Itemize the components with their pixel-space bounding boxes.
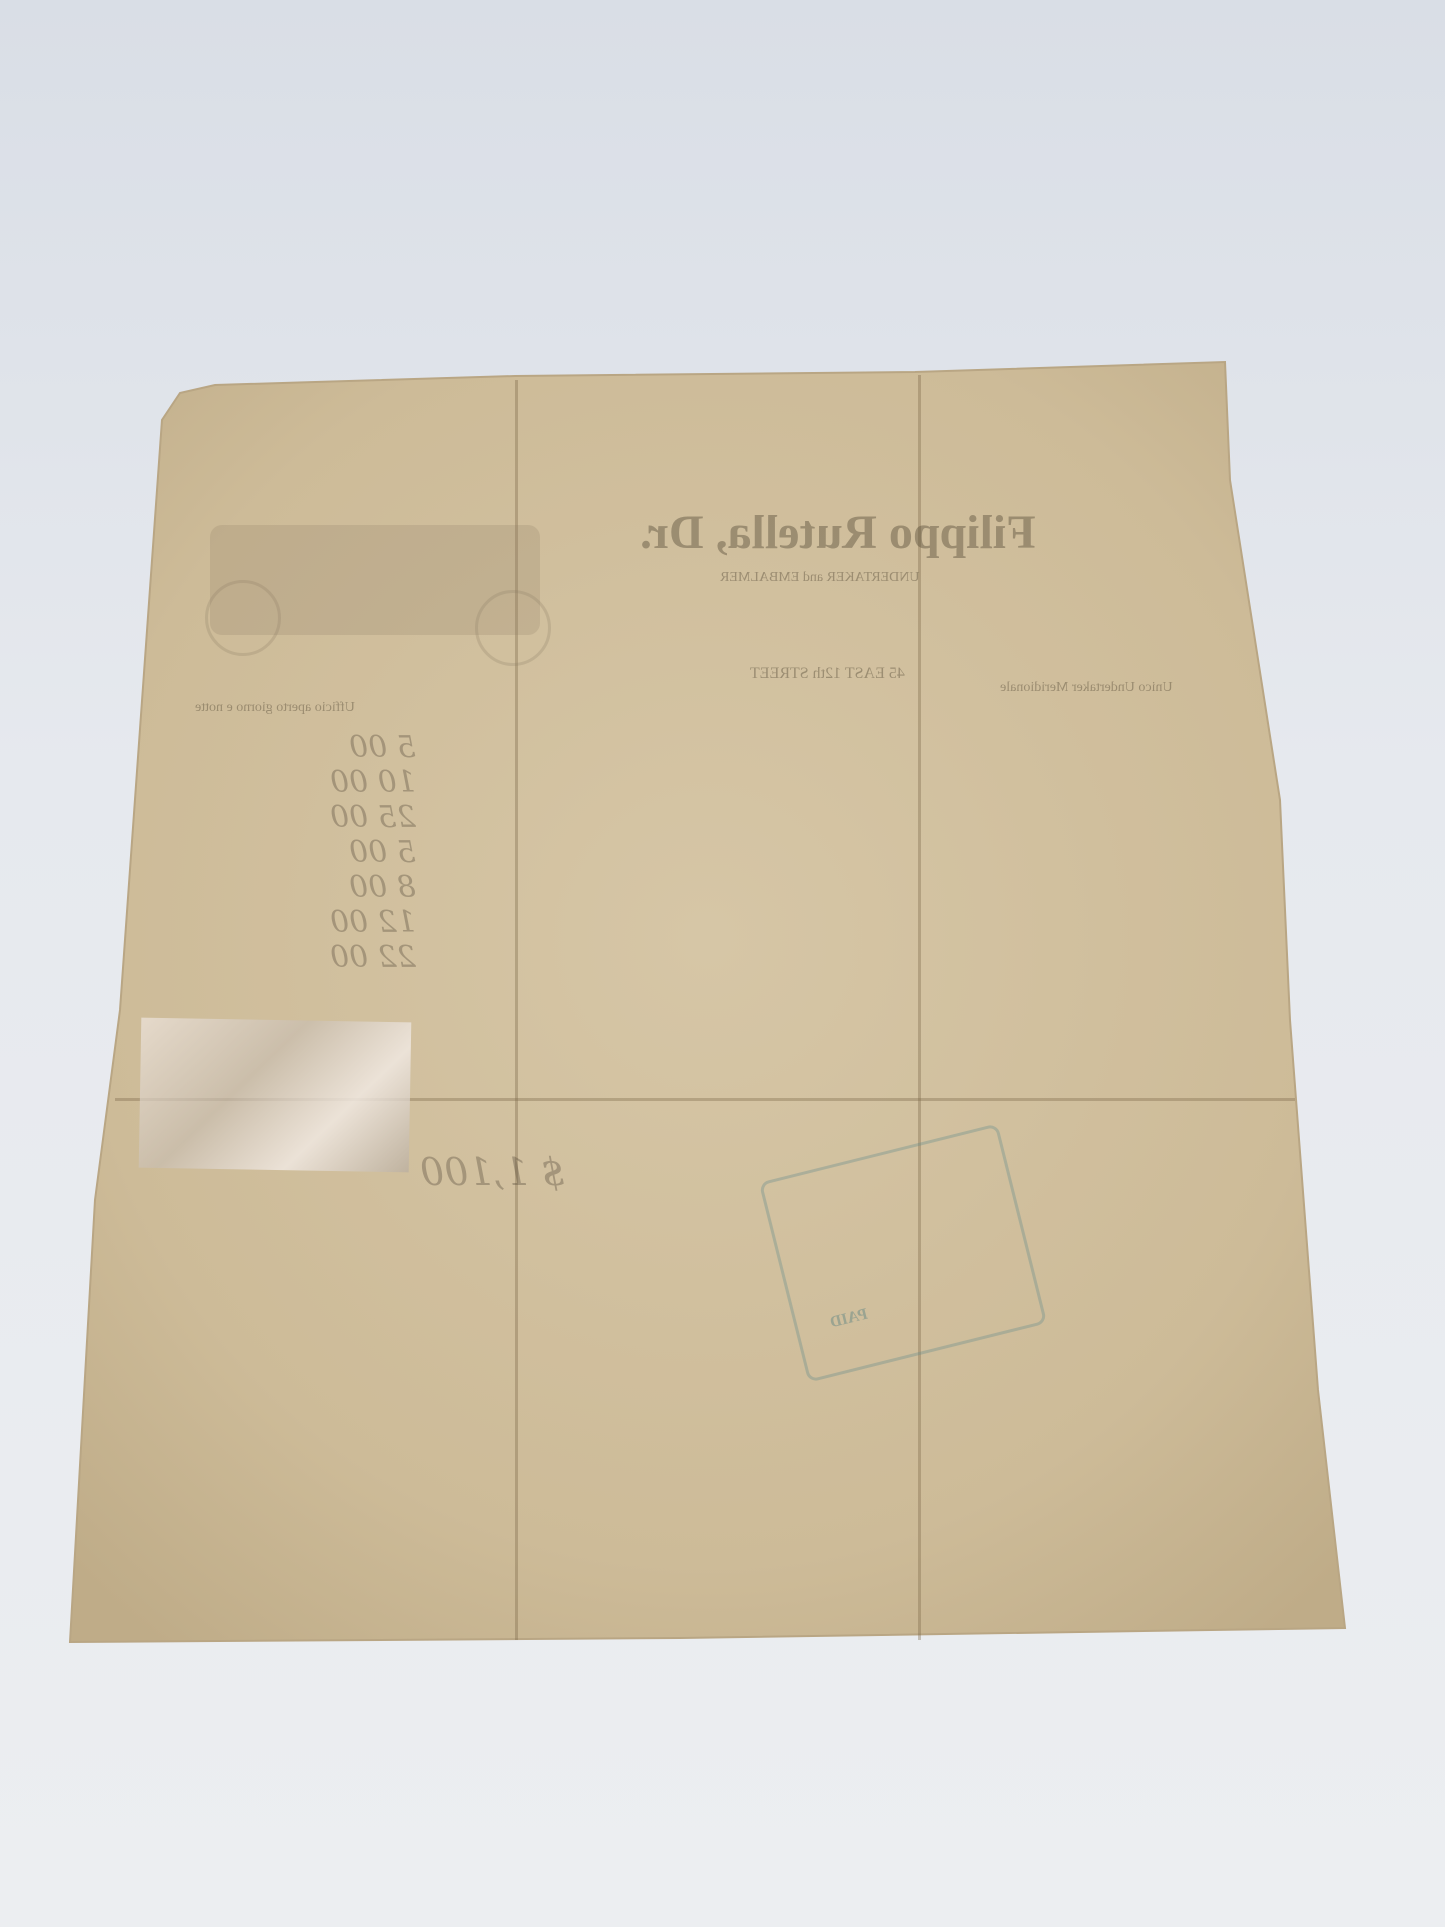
office-hours-label: Ufficio aperto giorno e notte — [195, 700, 355, 716]
amount: 5 00 — [330, 835, 416, 870]
letterhead-footer: Unico Undertaker Meridionale — [1000, 680, 1173, 696]
amount: 25 00 — [330, 800, 416, 835]
amount: 8 00 — [330, 870, 416, 905]
wheel-shape — [475, 590, 551, 666]
amount: 12 00 — [330, 905, 416, 940]
amount: 22 00 — [330, 940, 416, 975]
document-photo: Filippo Rutella, Dr. UNDERTAKER and EMBA… — [0, 0, 1445, 1927]
fold-line — [918, 375, 921, 1640]
adhesive-tape — [139, 1018, 412, 1173]
total-amount: $ 1,100 — [420, 1150, 565, 1194]
amount-column: 5 00 10 00 25 00 5 00 8 00 12 00 22 00 — [330, 730, 416, 975]
amount: 5 00 — [330, 730, 416, 765]
paper-sheet — [0, 0, 1445, 1927]
letterhead-title: Filippo Rutella, Dr. — [640, 505, 1036, 560]
amount: 10 00 — [330, 765, 416, 800]
letterhead-address: 45 EAST 12th STREET — [750, 665, 905, 683]
wheel-shape — [205, 580, 281, 656]
letterhead-subtitle: UNDERTAKER and EMBALMER — [720, 570, 919, 586]
